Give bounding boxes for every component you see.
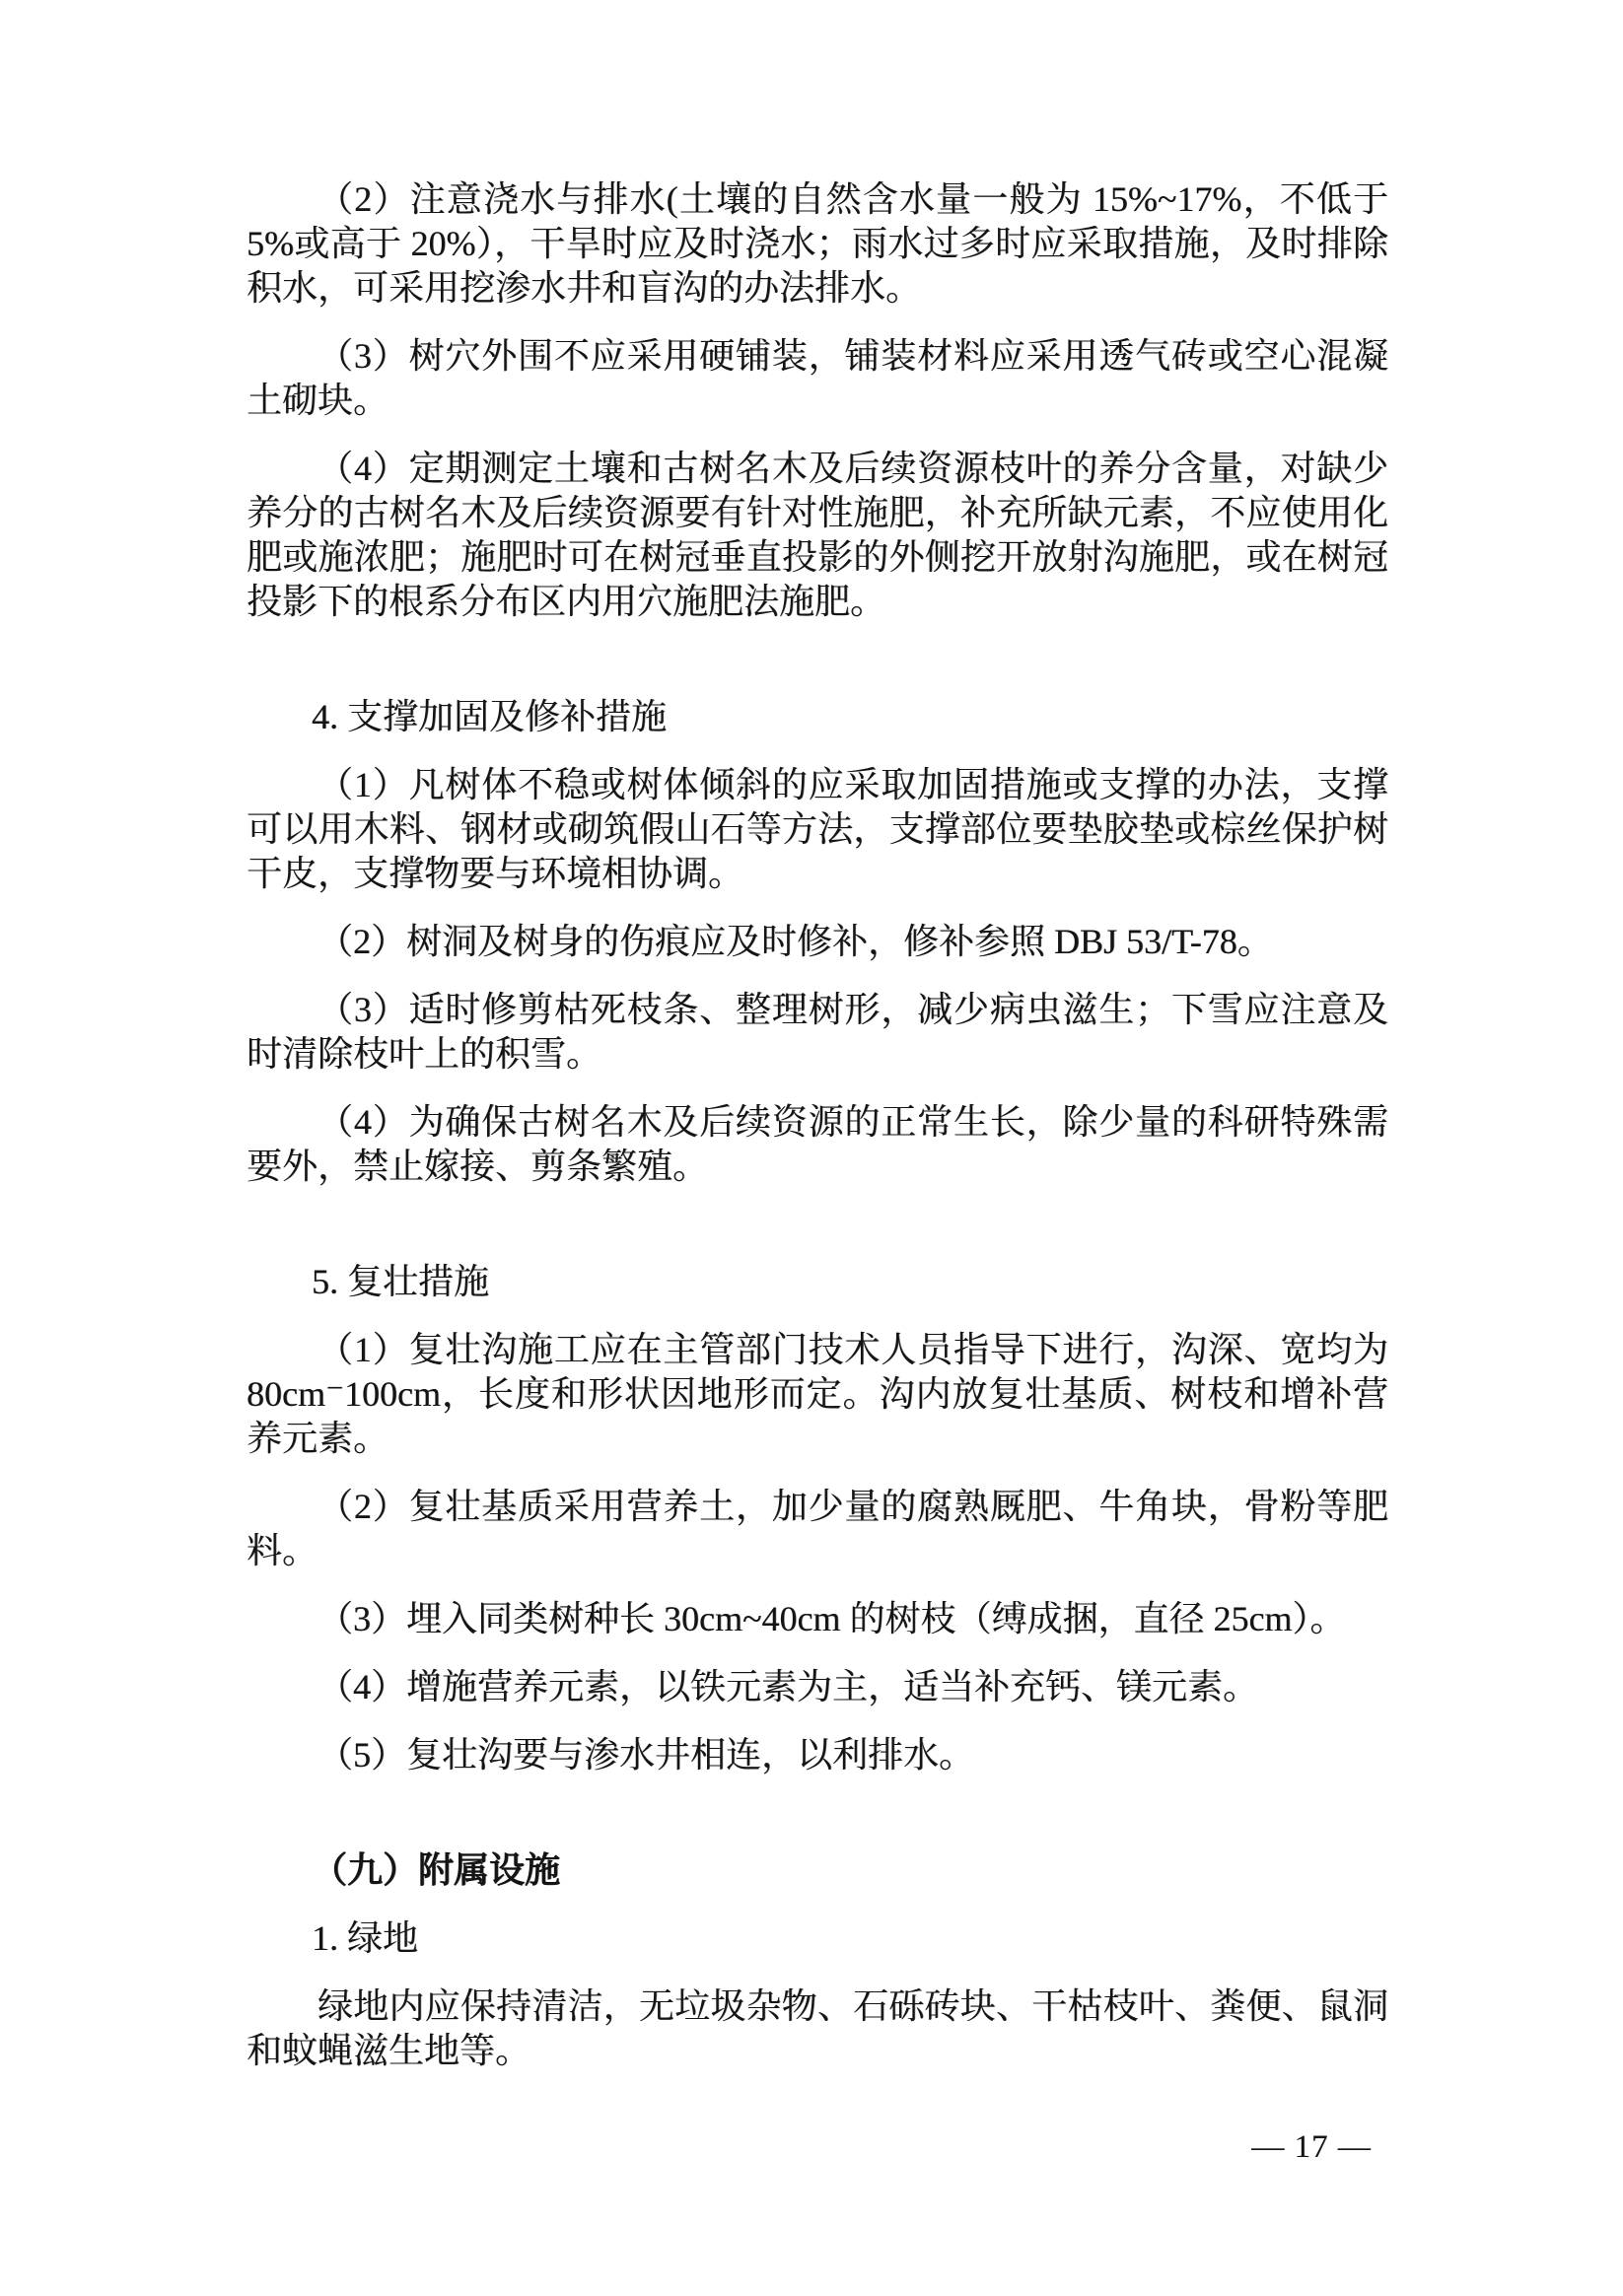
section-heading-auxiliary-facilities: （九）附属设施 — [247, 1848, 1388, 1893]
section-heading-support-reinforcement: 4. 支撑加固及修补措施 — [247, 695, 1388, 739]
paragraph: （2）注意浇水与排水(土壤的自然含水量一般为 15%~17%，不低于 5%或高于… — [247, 177, 1388, 311]
paragraph: （2）复壮基质采用营养土，加少量的腐熟厩肥、牛角块，骨粉等肥料。 — [247, 1485, 1388, 1573]
document-page: （2）注意浇水与排水(土壤的自然含水量一般为 15%~17%，不低于 5%或高于… — [0, 0, 1623, 2296]
paragraph: （3）适时修剪枯死枝条、整理树形，减少病虫滋生；下雪应注意及时清除枝叶上的积雪。 — [247, 988, 1388, 1077]
scan-speck-artifact — [520, 994, 525, 998]
paragraph: （3）树穴外围不应采用硬铺装，铺装材料应采用透气砖或空心混凝土砌块。 — [247, 334, 1388, 423]
page-number: — 17 — — [1228, 2127, 1395, 2167]
document-body: （2）注意浇水与排水(土壤的自然含水量一般为 15%~17%，不低于 5%或高于… — [247, 177, 1388, 2097]
paragraph: （1）复壮沟施工应在主管部门技术人员指导下进行，沟深、宽均为 80cm⁻100c… — [247, 1328, 1388, 1461]
section-heading-rejuvenation: 5. 复壮措施 — [247, 1260, 1388, 1304]
paragraph: （3）埋入同类树种长 30cm~40cm 的树枝（缚成捆，直径 25cm）。 — [247, 1597, 1388, 1641]
paragraph: 绿地内应保持清洁，无垃圾杂物、石砾砖块、干枯枝叶、粪便、鼠洞和蚊蝇滋生地等。 — [247, 1984, 1388, 2073]
paragraph: （5）复壮沟要与渗水井相连，以利排水。 — [247, 1733, 1388, 1777]
paragraph: （4）为确保古树名木及后续资源的正常生长，除少量的科研特殊需要外，禁止嫁接、剪条… — [247, 1100, 1388, 1189]
paragraph: （2）树洞及树身的伤痕应及时修补，修补参照 DBJ 53/T-78。 — [247, 920, 1388, 964]
paragraph: （4）定期测定土壤和古树名木及后续资源枝叶的养分含量，对缺少养分的古树名木及后续… — [247, 447, 1388, 624]
subsection-heading-green-space: 1. 绿地 — [247, 1916, 1388, 1961]
paragraph: （4）增施营养元素，以铁元素为主，适当补充钙、镁元素。 — [247, 1665, 1388, 1709]
paragraph: （1）凡树体不稳或树体倾斜的应采取加固措施或支撑的办法，支撑可以用木料、钢材或砌… — [247, 763, 1388, 896]
